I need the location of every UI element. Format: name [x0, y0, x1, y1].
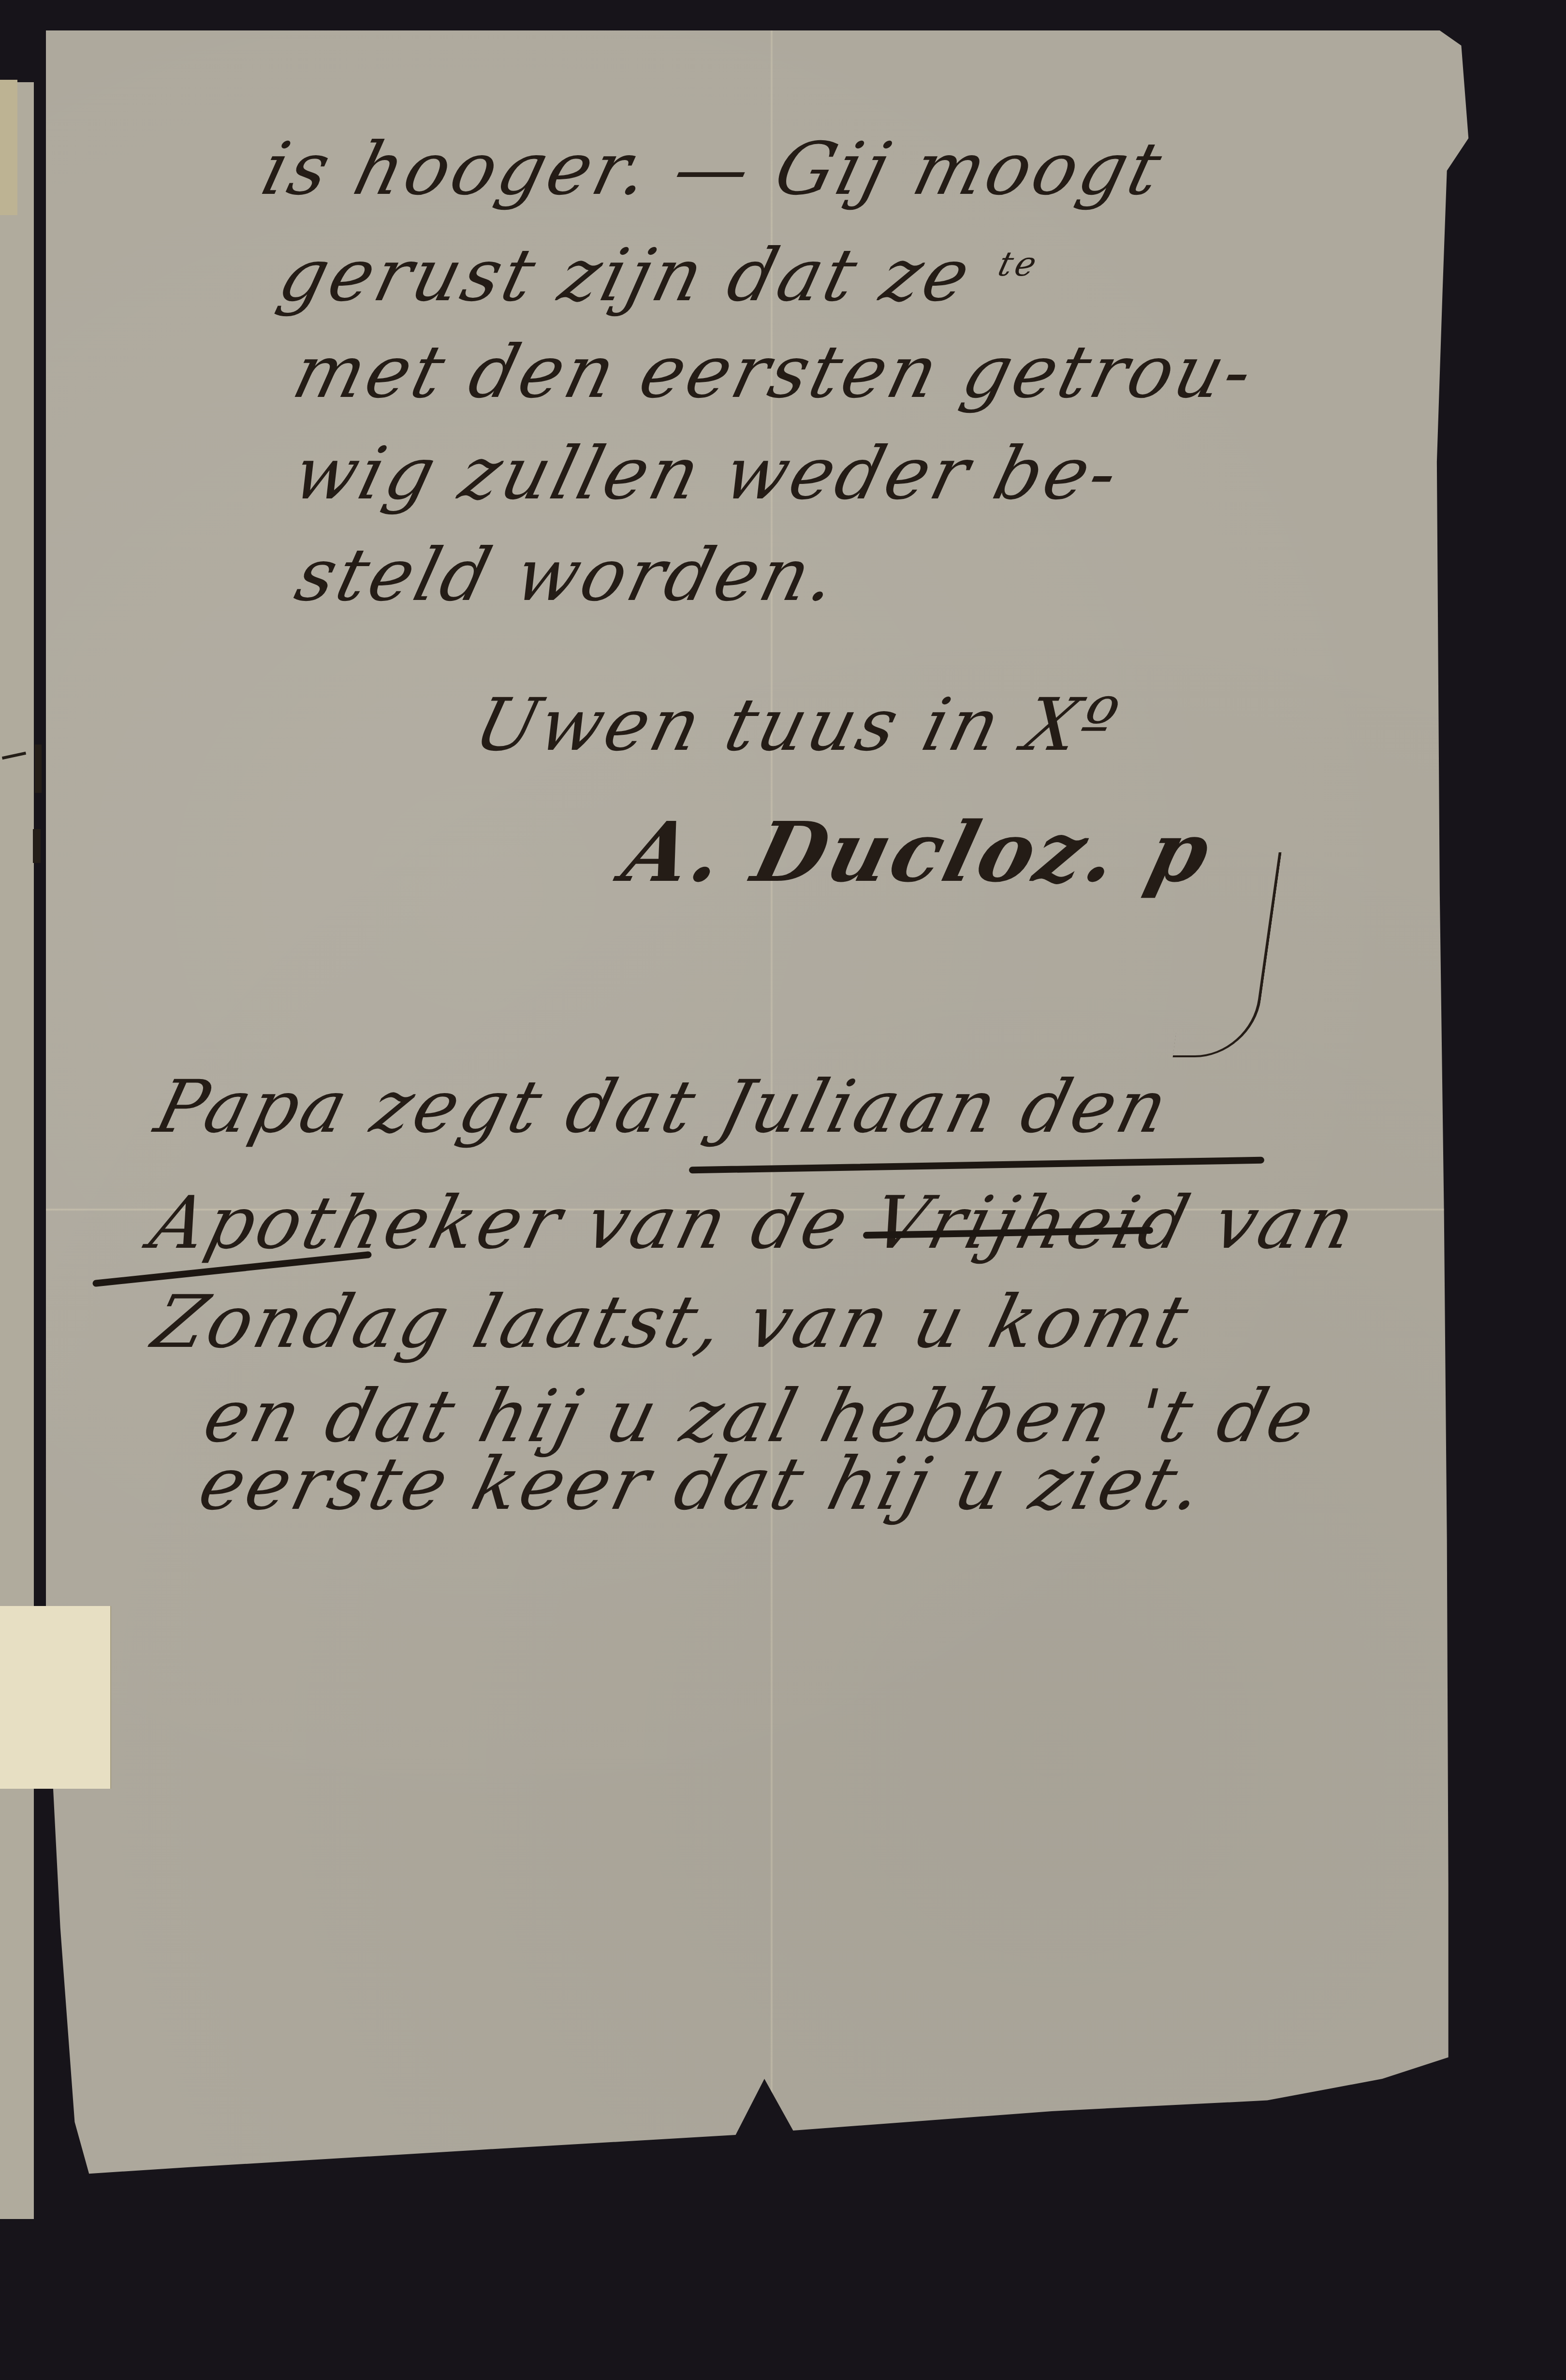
postscript-line-1: Papa zegt dat Juliaan den [147, 1065, 1179, 1149]
body-line-3: met den eersten getrou- [285, 330, 1263, 414]
body-line-2: gerust zijn dat ze te [271, 234, 1046, 318]
adjacent-page-sliver [0, 82, 34, 2219]
body-line-2-text: gerust zijn dat ze [271, 234, 981, 318]
body-line-4: wig zullen weder be- [285, 432, 1129, 516]
adjacent-page-ink-mark [33, 829, 41, 863]
adjacent-page-ink-mark [35, 745, 42, 793]
letter-page: is hooger. — Gij moogt gerust zijn dat z… [46, 30, 1483, 2187]
body-superscript: te [994, 244, 1043, 284]
postscript-line-3: Zondag laatst, van u komt [145, 1280, 1199, 1364]
adjacent-page-corner [0, 80, 17, 215]
closing-salutation: Uwen tuus in Xº [467, 683, 1128, 767]
postscript-line-5: eerste keer dat hij u ziet. [191, 1442, 1214, 1526]
postscript-line-2: Apotheker van de Vrijheid van [143, 1181, 1366, 1265]
signature: A. Ducloz. p [614, 804, 1222, 901]
body-line-1: is hooger. — Gij moogt [254, 127, 1172, 211]
archival-label-card [0, 1606, 111, 1789]
underline-juliaan-den [689, 1157, 1264, 1174]
body-line-5: steld worden. [288, 533, 848, 617]
